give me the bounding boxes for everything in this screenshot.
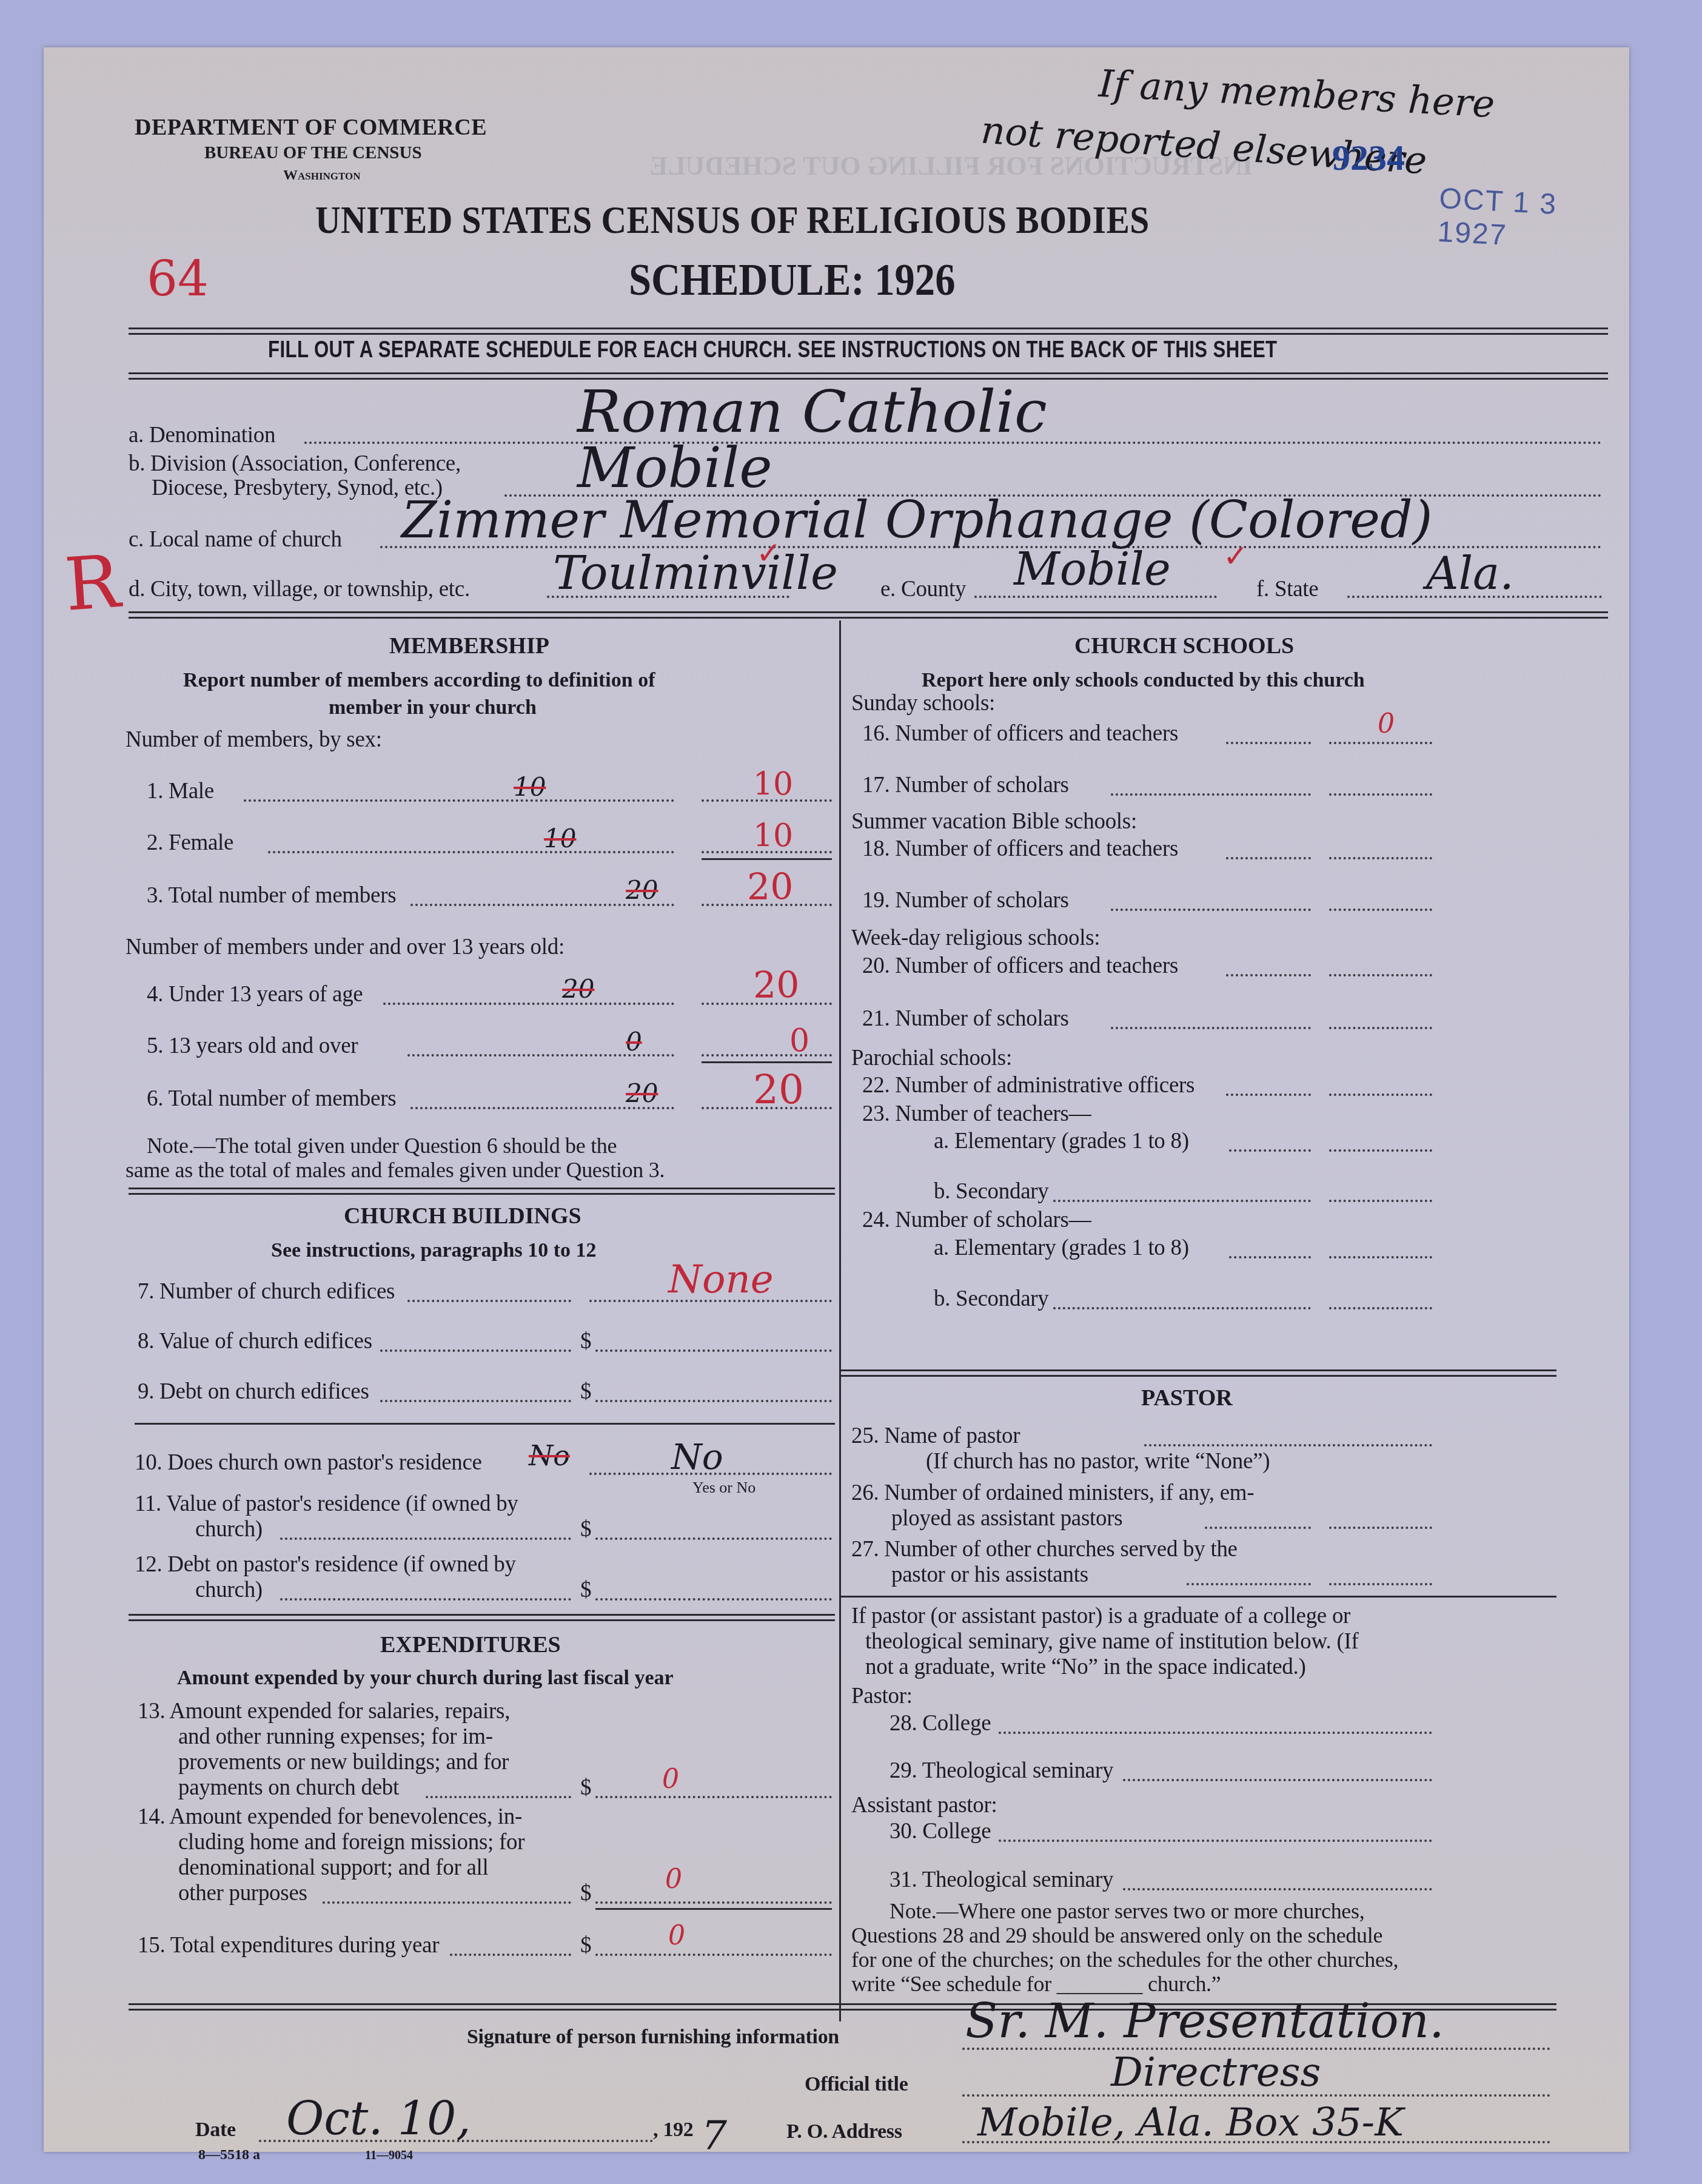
female-label: 2. Female — [147, 830, 233, 856]
receipt-number-stamp: 9234 — [1332, 137, 1405, 179]
benevolences-sum-rule — [595, 1908, 832, 1910]
female-sum-rule — [702, 858, 832, 860]
owns-residence-label: 10. Does church own pastor's residence — [135, 1450, 482, 1476]
running-expenses-label-line2: and other running expenses; for im- — [178, 1724, 493, 1750]
expenditures-subtitle: Amount expended by your church during la… — [177, 1667, 674, 1690]
membership-note-line1: Note.—The total given under Question 6 s… — [147, 1133, 617, 1158]
signature-label: Signature of person furnishing informati… — [467, 2026, 839, 2049]
church-buildings-heading: CHURCH BUILDINGS — [344, 1203, 581, 1229]
residence-debt-label-line1: 12. Debt on pastor's residence (if owned… — [135, 1551, 516, 1578]
assistant-seminary-input[interactable] — [1123, 1888, 1432, 1890]
weekday-officers-field-line — [1226, 974, 1311, 976]
total-members-value[interactable]: 20 — [747, 866, 793, 909]
pastor-note-line4: write “See schedule for ________ church.… — [851, 1971, 1221, 1997]
members-by-age-label: Number of members under and over 13 year… — [126, 934, 565, 960]
sunday-officers-field-line — [1226, 742, 1311, 744]
pastor-name-input[interactable] — [1144, 1444, 1432, 1446]
weekday-officers-input[interactable] — [1329, 974, 1432, 976]
pastor-heading: PASTOR — [1141, 1385, 1233, 1411]
summer-officers-label: 18. Number of officers and teachers — [862, 836, 1178, 862]
pastor-seminary-label: 29. Theological seminary — [890, 1758, 1113, 1784]
currency-sign: $ — [580, 1328, 592, 1354]
sunday-officers-label: 16. Number of officers and teachers — [862, 721, 1178, 747]
church-schools-subtitle: Report here only schools conducted by th… — [922, 669, 1365, 692]
edifices-value-field-line — [380, 1349, 571, 1352]
city-name: Washington — [283, 167, 361, 184]
edifices-count-field-line — [407, 1300, 571, 1302]
teachers-label: 23. Number of teachers— — [862, 1101, 1091, 1127]
summer-officers-input[interactable] — [1329, 857, 1432, 859]
city-value[interactable]: Toulminville — [553, 546, 838, 600]
assistant-ministers-label-line2: ployed as assistant pastors — [891, 1505, 1122, 1531]
membership-subtitle-line1: Report number of members according to de… — [183, 669, 655, 692]
graduate-instruction-line2: theological seminary, give name of insti… — [865, 1628, 1358, 1655]
currency-sign: $ — [580, 1577, 592, 1603]
pastor-college-label: 28. College — [890, 1710, 991, 1736]
male-value[interactable]: 10 — [753, 766, 793, 802]
sunday-officers-value[interactable]: 0 — [1378, 708, 1395, 739]
edifices-count-label: 7. Number of church edifices — [138, 1278, 395, 1305]
total-expenditures-label: 15. Total expenditures during year — [138, 1932, 439, 1958]
pastor-education-label: Pastor: — [851, 1683, 913, 1709]
pastor-note-line2: Questions 28 and 29 should be answered o… — [851, 1923, 1382, 1948]
other-churches-label-line1: 27. Number of other churches served by t… — [851, 1536, 1238, 1562]
edifices-debt-label: 9. Debt on church edifices — [138, 1379, 369, 1405]
department-name: DEPARTMENT OF COMMERCE — [135, 114, 487, 141]
male-label: 1. Male — [147, 778, 214, 804]
sunday-scholars-field-line — [1111, 793, 1311, 796]
pastor-note-line1: Note.—Where one pastor serves two or mor… — [890, 1898, 1364, 1924]
running-expenses-field-line — [426, 1796, 571, 1798]
po-address-label: P. O. Address — [786, 2120, 902, 2143]
benevolences-label-line1: 14. Amount expended for benevolences, in… — [138, 1804, 522, 1830]
weekday-schools-label: Week-day religious schools: — [851, 925, 1100, 951]
year-suffix-value[interactable]: 7 — [702, 2112, 727, 2159]
schools-bottom-rule — [841, 1369, 1556, 1371]
owns-residence-value[interactable]: No — [671, 1436, 723, 1477]
church-name-label: c. Local name of church — [129, 526, 342, 553]
other-churches-field-line — [1187, 1583, 1311, 1585]
residence-value-label-line2: church) — [195, 1516, 263, 1542]
currency-sign: $ — [580, 1775, 592, 1801]
parochial-schools-label: Parochial schools: — [851, 1045, 1012, 1071]
state-value[interactable]: Ala. — [1426, 548, 1514, 600]
pastor-note-line3: for one of the churches; on the schedule… — [851, 1947, 1398, 1972]
summer-officers-field-line — [1226, 857, 1311, 859]
section-divider-rule — [129, 611, 1608, 613]
yes-no-hint: Yes or No — [692, 1479, 756, 1497]
form-title: UNITED STATES CENSUS OF RELIGIOUS BODIES — [315, 198, 1150, 243]
official-title-label: Official title — [805, 2073, 908, 2096]
under-13-struck-value: 20 — [562, 974, 594, 1004]
admin-officers-input[interactable] — [1329, 1094, 1432, 1096]
total-members-2-label: 6. Total number of members — [147, 1086, 396, 1112]
sunday-officers-answer-line — [1329, 742, 1432, 744]
residence-value-label-line1: 11. Value of pastor's residence (if owne… — [135, 1491, 518, 1517]
running-expenses-answer-line — [595, 1796, 832, 1798]
over-13-value[interactable]: 0 — [789, 1023, 809, 1059]
county-value[interactable]: Mobile — [1014, 543, 1171, 596]
po-address-value[interactable]: Mobile, Ala. Box 35-K — [977, 2100, 1404, 2145]
pastor-name-hint: (If church has no pastor, write “None”) — [926, 1448, 1270, 1474]
weekday-scholars-label: 21. Number of scholars — [862, 1006, 1069, 1032]
church-buildings-subtitle: See instructions, paragraphs 10 to 12 — [271, 1239, 596, 1262]
scholars-elementary-label: a. Elementary (grades 1 to 8) — [934, 1235, 1189, 1261]
scholars-secondary-input[interactable] — [1329, 1307, 1432, 1309]
city-label: d. City, town, village, or township, etc… — [129, 576, 470, 602]
denomination-label: a. Denomination — [129, 422, 275, 448]
received-date-stamp: OCT 1 3 1927 — [1436, 182, 1630, 258]
teachers-elementary-input[interactable] — [1329, 1149, 1432, 1152]
county-label: e. County — [880, 576, 966, 602]
weekday-scholars-field-line — [1111, 1027, 1311, 1029]
other-churches-label-line2: pastor or his assistants — [891, 1562, 1088, 1588]
church-schools-heading: CHURCH SCHOOLS — [1074, 633, 1294, 659]
male-struck-value: 10 — [514, 772, 546, 802]
page-number-annotation: 64 — [147, 250, 209, 307]
graduate-instruction-line3: not a graduate, write “No” in the space … — [865, 1654, 1305, 1680]
admin-officers-field-line — [1226, 1094, 1311, 1096]
running-expenses-label-line3: provements or new buildings; and for — [178, 1749, 509, 1775]
residence-debt-field-line — [280, 1598, 571, 1601]
summer-schools-label: Summer vacation Bible schools: — [851, 808, 1137, 835]
date-label: Date — [195, 2118, 236, 2142]
pastor-seminary-input[interactable] — [1123, 1779, 1432, 1781]
female-struck-value: 10 — [544, 824, 576, 853]
residence-value-field-line — [280, 1537, 571, 1540]
scholars-elementary-field-line — [1229, 1256, 1311, 1258]
membership-note-line2: same as the total of males and females g… — [126, 1157, 665, 1183]
currency-sign: $ — [580, 1516, 592, 1542]
weekday-officers-label: 20. Number of officers and teachers — [862, 953, 1178, 979]
benevolences-answer-line — [595, 1901, 832, 1904]
edifices-value-input[interactable] — [595, 1349, 832, 1352]
running-expenses-label-line4: payments on church debt — [178, 1775, 399, 1801]
under-13-label: 4. Under 13 years of age — [147, 981, 363, 1007]
over-13-answer-line — [702, 1054, 832, 1057]
over-13-label: 5. 13 years old and over — [147, 1033, 358, 1059]
assistant-college-label: 30. College — [890, 1818, 991, 1844]
review-mark-r: R — [62, 540, 122, 628]
benevolences-value[interactable]: 0 — [665, 1864, 682, 1895]
currency-sign: $ — [580, 1932, 592, 1958]
male-field-line — [244, 799, 674, 802]
currency-sign: $ — [580, 1379, 592, 1405]
benevolences-field-line — [323, 1901, 571, 1904]
total-members-struck-value: 20 — [626, 875, 658, 905]
summer-scholars-label: 19. Number of scholars — [862, 887, 1069, 913]
scholars-elementary-input[interactable] — [1329, 1256, 1432, 1258]
weekday-scholars-input[interactable] — [1329, 1027, 1432, 1029]
instruction-banner: FILL OUT A SEPARATE SCHEDULE FOR EACH CH… — [268, 337, 1278, 363]
date-value[interactable]: Oct. 10, — [286, 2091, 471, 2145]
church-name-value[interactable]: Zimmer Memorial Orphanage (Colored) — [401, 490, 1433, 549]
sunday-scholars-label: 17. Number of scholars — [862, 772, 1069, 798]
running-expenses-label-line1: 13. Amount expended for salaries, repair… — [138, 1698, 510, 1724]
check-mark-icon: ✓ — [756, 536, 782, 571]
pastor-mid-rule — [841, 1596, 1556, 1598]
form-number: 8—5518 a — [198, 2147, 260, 2163]
female-value[interactable]: 10 — [753, 818, 793, 854]
summer-scholars-input[interactable] — [1329, 909, 1432, 911]
total-members-2-struck-value: 20 — [626, 1078, 658, 1108]
assistant-seminary-label: 31. Theological seminary — [890, 1867, 1113, 1893]
owns-residence-struck-value: No — [529, 1439, 570, 1472]
under-13-field-line — [383, 1003, 674, 1005]
female-field-line — [268, 851, 674, 853]
members-by-sex-label: Number of members, by sex: — [126, 727, 382, 753]
running-expenses-value[interactable]: 0 — [662, 1764, 679, 1795]
official-title-value[interactable]: Directress — [1111, 2049, 1321, 2095]
division-label-line1: b. Division (Association, Conference, — [129, 451, 461, 477]
sunday-schools-label: Sunday schools: — [851, 690, 995, 716]
benevolences-label-line4: other purposes — [178, 1880, 307, 1906]
under-13-value[interactable]: 20 — [753, 964, 799, 1007]
census-schedule-sheet: INSTRUCTIONS FOR FILLING OUT SCHEDULE DE… — [44, 47, 1629, 2152]
benevolences-label-line2: cluding home and foreign missions; for — [178, 1829, 524, 1855]
residence-debt-label-line2: church) — [195, 1577, 263, 1603]
pastor-college-input[interactable] — [999, 1732, 1432, 1734]
year-prefix: , 192 — [653, 2118, 694, 2142]
print-number: 11—9054 — [365, 2149, 413, 2163]
buildings-mid-rule — [135, 1423, 835, 1425]
other-churches-input[interactable] — [1329, 1583, 1432, 1585]
membership-heading: MEMBERSHIP — [389, 633, 549, 659]
edifices-count-value[interactable]: None — [668, 1257, 774, 1302]
teachers-secondary-field-line — [1053, 1200, 1311, 1202]
edifices-debt-input[interactable] — [595, 1400, 832, 1402]
pastor-name-label: 25. Name of pastor — [851, 1423, 1020, 1449]
total-expenditures-field-line — [450, 1954, 571, 1956]
assistant-education-label: Assistant pastor: — [851, 1792, 997, 1818]
over-13-struck-value: 0 — [626, 1027, 642, 1057]
admin-officers-label: 22. Number of administrative officers — [862, 1072, 1194, 1098]
assistant-college-input[interactable] — [999, 1840, 1432, 1842]
assistant-ministers-field-line — [1205, 1527, 1311, 1529]
teachers-elementary-label: a. Elementary (grades 1 to 8) — [934, 1128, 1189, 1154]
sunday-scholars-input[interactable] — [1329, 793, 1432, 796]
column-divider — [839, 620, 841, 2021]
assistant-ministers-input[interactable] — [1329, 1527, 1432, 1529]
county-field-line — [974, 596, 1217, 598]
buildings-bottom-rule — [129, 1614, 835, 1616]
check-mark-icon: ✓ — [1223, 539, 1248, 574]
schedule-title: SCHEDULE: 1926 — [629, 255, 955, 306]
total-members-label: 3. Total number of members — [147, 882, 396, 909]
edifices-debt-field-line — [380, 1400, 571, 1402]
scholars-secondary-label: b. Secondary — [934, 1286, 1049, 1312]
summer-scholars-field-line — [1111, 909, 1311, 911]
banner-bottom-rule — [129, 372, 1608, 374]
teachers-secondary-input[interactable] — [1329, 1200, 1432, 1202]
currency-sign: $ — [580, 1880, 592, 1906]
total-expenditures-answer-line — [595, 1954, 832, 1956]
total-members-2-value[interactable]: 20 — [753, 1066, 804, 1113]
residence-value-input[interactable] — [595, 1537, 832, 1540]
assistant-ministers-label-line1: 26. Number of ordained ministers, if any… — [851, 1480, 1254, 1506]
signature-value[interactable]: Sr. M. Presentation. — [965, 1994, 1444, 2049]
division-label-line2: Diocese, Presbytery, Synod, etc.) — [152, 475, 443, 501]
handwritten-note-line1: If any members here — [1098, 61, 1496, 126]
membership-bottom-rule — [129, 1188, 835, 1189]
edifices-value-label: 8. Value of church edifices — [138, 1328, 372, 1354]
teachers-secondary-label: b. Secondary — [934, 1178, 1049, 1205]
over-13-sum-rule — [702, 1061, 832, 1063]
scholars-label: 24. Number of scholars— — [862, 1207, 1091, 1233]
graduate-instruction-line1: If pastor (or assistant pastor) is a gra… — [851, 1603, 1350, 1629]
teachers-elementary-field-line — [1229, 1149, 1311, 1152]
banner-top-rule — [129, 328, 1608, 329]
state-label: f. State — [1256, 576, 1318, 602]
bureau-name: BUREAU OF THE CENSUS — [204, 143, 422, 163]
residence-debt-input[interactable] — [595, 1598, 832, 1601]
benevolences-label-line3: denominational support; and for all — [178, 1855, 489, 1881]
total-expenditures-value[interactable]: 0 — [668, 1920, 685, 1951]
membership-subtitle-line2: member in your church — [329, 696, 537, 719]
scholars-secondary-field-line — [1053, 1307, 1311, 1309]
expenditures-heading: EXPENDITURES — [380, 1631, 561, 1658]
